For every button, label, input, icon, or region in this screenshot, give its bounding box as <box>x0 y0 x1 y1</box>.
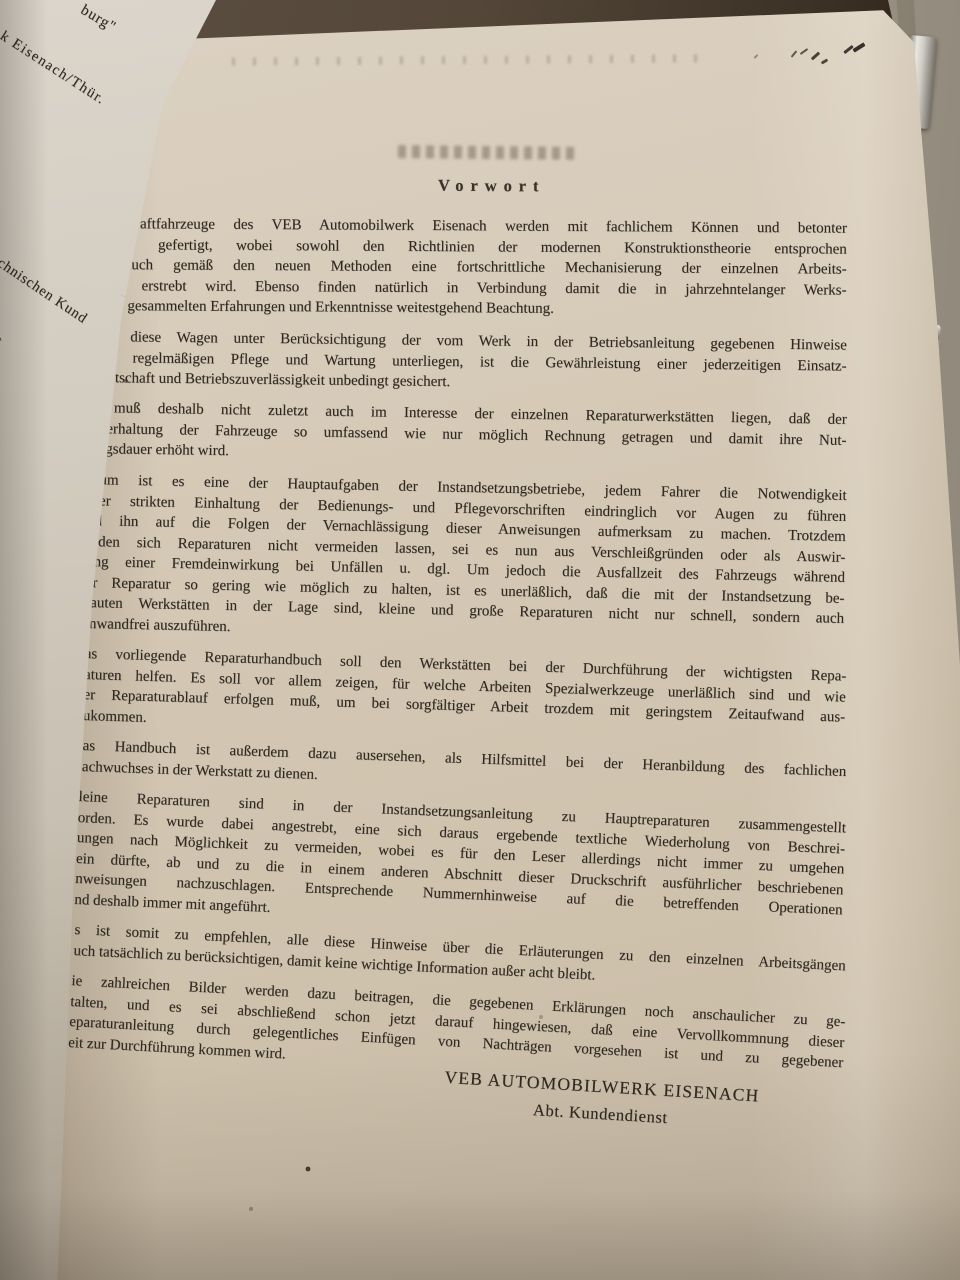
body-text: ie Kraftfahrzeuge des VEB Automobilwerk … <box>95 214 847 1063</box>
paragraph: s muß deshalb nicht zuletzt auch im Inte… <box>90 398 847 471</box>
show-through-text <box>398 145 580 160</box>
paragraph: leine Reparaturen sind in der Instandset… <box>74 787 846 941</box>
paragraph: arum ist es eine der Hauptaufgaben der I… <box>85 470 847 650</box>
book-photo: Vorwort ie Kraftfahrzeuge des VEB Automo… <box>0 0 960 1280</box>
paragraph: enn diese Wagen unter Berücksichtigung d… <box>92 327 847 397</box>
turning-page-text-fragment: Technischen Kund <box>0 246 90 328</box>
paragraph: ie Kraftfahrzeuge des VEB Automobilwerk … <box>94 214 847 321</box>
page-title: Vorwort <box>438 176 546 197</box>
paragraph: as vorliegende Reparaturhandbuch soll de… <box>83 644 847 749</box>
turning-page-text-fragment: k Eisenach/Thür. <box>0 28 109 109</box>
turning-page-text-fragment: et <box>0 330 5 350</box>
turning-page-text-fragment: burg" <box>77 2 119 36</box>
handwriting-marks <box>735 34 885 78</box>
